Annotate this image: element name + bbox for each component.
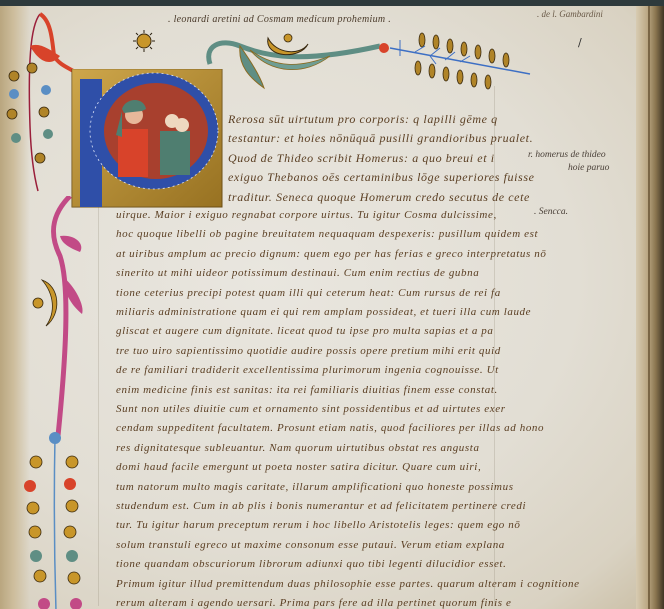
text-line: testantur: et hoies nōnūquā pusilli gran… (228, 131, 533, 146)
text-line: domi haud facile emergunt ut poeta noste… (116, 461, 481, 473)
text-line: uirque. Maior i exiguo regnabat corpore … (116, 209, 497, 221)
moon-icon (42, 280, 57, 326)
page-edge (648, 6, 650, 609)
sun-icon (33, 298, 43, 308)
text-line: Primum igitur illud premittendum duas ph… (116, 578, 580, 590)
red-flower-icon (379, 43, 389, 53)
text-line: gliscat et augere cum dignitate. liceat … (116, 325, 493, 337)
text-line: Quod de Thideo scribit Homerus: a quo br… (228, 151, 495, 166)
leaf-spray (390, 33, 530, 89)
text-line: cendam suppeditent facultatem. Prosunt e… (116, 422, 544, 434)
folio-mark: / (578, 36, 582, 49)
illuminated-initial (68, 69, 224, 209)
text-line: Rerosa sūt uirtutum pro corporis: q lapi… (228, 112, 498, 127)
text-line: sinerito ut mihi uideor potissimum desti… (116, 267, 479, 279)
text-line: Sunt non utiles diuitie cum et ornamento… (116, 403, 506, 415)
text-line: de re familiari tradiderit excellentissi… (116, 364, 499, 376)
text-line: enim medicine finis est sanitas: ita rei… (116, 384, 498, 396)
text-line: res dignitatesque subleuantur. Nam quoru… (116, 442, 480, 454)
margin-note: hoie paruo (568, 163, 609, 173)
sun-icon (133, 30, 155, 52)
left-border-acanthus (0, 196, 100, 436)
left-border-leaf-spray (0, 426, 100, 609)
margin-note: . Sencca. (534, 207, 568, 217)
text-line: miliaris administratione quam ei qui rem… (116, 306, 531, 318)
manuscript-page: . leonardi aretini ad Cosmam medicum pro… (0, 6, 664, 609)
text-line: traditur. Seneca quoque Homerum credo se… (228, 190, 530, 205)
book-gutter (636, 6, 664, 609)
text-line: rerum alteram i agendo uersari. Prima pa… (116, 597, 512, 609)
text-line: at uiribus amplum ac precio dignum: quem… (116, 248, 546, 260)
text-line: exiguo Thebanos oēs certaminibus lōge su… (228, 170, 535, 185)
text-line: tre tuo uiro sapientissimo quotidie audi… (116, 345, 501, 357)
text-line: solum transtuli egreco ut maxime consonu… (116, 539, 505, 551)
text-line: studendum est. Cum in ab plis i bonis nu… (116, 500, 526, 512)
text-line: hoc quoque libelli ob pagine breuitatem … (116, 228, 538, 240)
text-line: tum natorum multo magis caritate, illaru… (116, 481, 514, 493)
text-line: tione quandam obscuriorum librorum adiun… (116, 558, 506, 570)
text-line: tione ceterius precipi potest quam illi … (116, 287, 501, 299)
corner-annotation: . de l. Gambardini (537, 9, 603, 19)
text-line: tur. Tu igitur harum preceptum rerum i h… (116, 519, 520, 531)
margin-note: r. homerus de thideo (528, 150, 606, 160)
